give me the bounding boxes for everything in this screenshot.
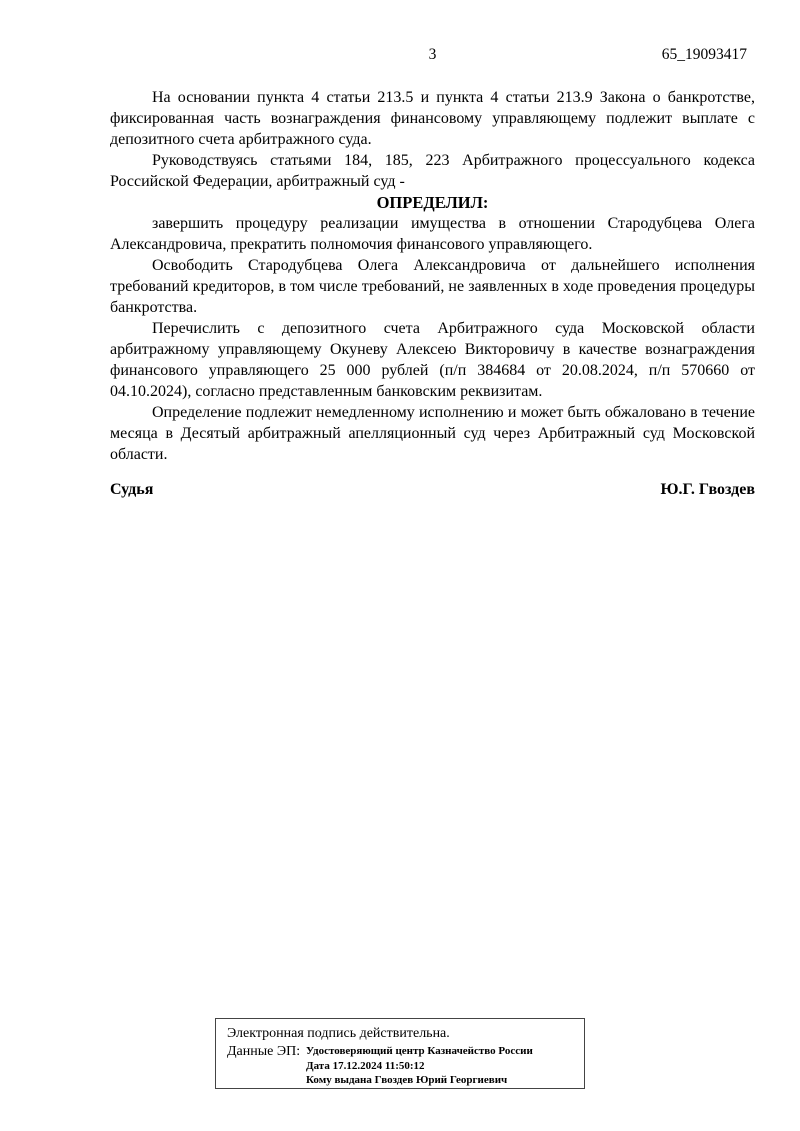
- stamp-certification-authority: Удостоверяющий центр Казначейство России: [306, 1044, 533, 1059]
- paragraph-ruling-complete-procedure: завершить процедуру реализации имущества…: [110, 213, 755, 255]
- document-page: 3 65_19093417 На основании пункта 4 стат…: [0, 0, 800, 1131]
- signature-row: Судья Ю.Г. Гвоздев: [110, 479, 755, 500]
- stamp-data-row: Данные ЭП: Удостоверяющий центр Казначей…: [227, 1044, 576, 1088]
- paragraph-ruling-release-debtor: Освободить Стародубцева Олега Александро…: [110, 255, 755, 318]
- paragraph-ruling-transfer-payment: Перечислить с депозитного счета Арбитраж…: [110, 318, 755, 402]
- stamp-details: Удостоверяющий центр Казначейство России…: [306, 1044, 533, 1088]
- paragraph-guided-by: Руководствуясь статьями 184, 185, 223 Ар…: [110, 150, 755, 192]
- document-header: 3 65_19093417: [110, 46, 755, 64]
- paragraph-ruling-appeal-terms: Определение подлежит немедленному исполн…: [110, 402, 755, 465]
- case-number: 65_19093417: [662, 46, 747, 64]
- judge-name: Ю.Г. Гвоздев: [661, 479, 755, 500]
- judge-role-label: Судья: [110, 479, 153, 500]
- page-number: 3: [110, 46, 755, 64]
- stamp-issued-to: Кому выдана Гвоздев Юрий Георгиевич: [306, 1073, 533, 1088]
- electronic-signature-stamp: Электронная подпись действительна. Данны…: [215, 1018, 585, 1089]
- stamp-validity-text: Электронная подпись действительна.: [227, 1025, 576, 1042]
- stamp-data-label: Данные ЭП:: [227, 1044, 306, 1088]
- paragraph-legal-basis: На основании пункта 4 статьи 213.5 и пун…: [110, 87, 755, 150]
- ruling-heading: ОПРЕДЕЛИЛ:: [110, 192, 755, 213]
- stamp-date: Дата 17.12.2024 11:50:12: [306, 1059, 533, 1074]
- document-body: На основании пункта 4 статьи 213.5 и пун…: [110, 87, 755, 500]
